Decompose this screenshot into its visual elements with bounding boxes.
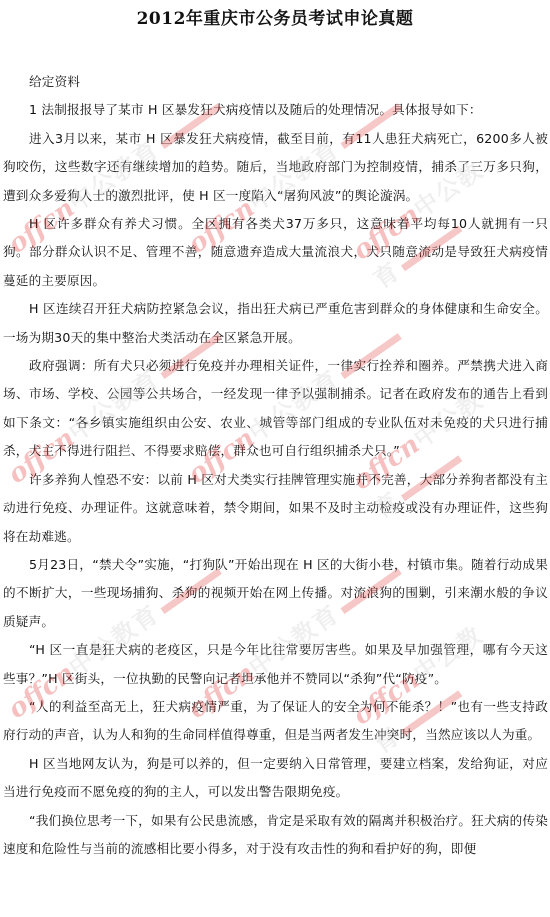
paragraph: H 区许多群众有养犬习惯。全区拥有各类犬37万多只，这意味着平均每10人就拥有一… bbox=[3, 210, 548, 295]
material-item-intro: 1 法制报报导了某市 H 区暴发狂犬病疫情以及随后的处理情况。具体报导如下： bbox=[3, 96, 548, 124]
paragraph: “H 区一直是狂犬病的老疫区，只是今年比往常要厉害些。如果及早加强管理，哪有今天… bbox=[3, 636, 548, 693]
paragraph: 进入3月以来，某市 H 区暴发狂犬病疫情，截至目前，有11人患狂犬病死亡，620… bbox=[3, 125, 548, 210]
paragraph: 5月23日，“禁犬令”实施，“打狗队”开始出现在 H 区的大街小巷，村镇市集。随… bbox=[3, 551, 548, 636]
paragraph: 政府强调：所有犬只必须进行免疫并办理相关证件，一律实行拴养和圈养。严禁携犬进入商… bbox=[3, 352, 548, 466]
paragraph: 许多养狗人惶恐不安：以前 H 区对犬类实行挂牌管理实施并不完善，大部分养狗者都没… bbox=[3, 466, 548, 551]
paragraph: H 区连续召开狂犬病防控紧急会议，指出狂犬病已严重危害到群众的身体健康和生命安全… bbox=[3, 295, 548, 352]
document-page: 2012年重庆市公务员考试申论真题 给定资料 1 法制报报导了某市 H 区暴发狂… bbox=[0, 0, 550, 917]
paragraph: “我们换位思考一下，如果有公民患流感，肯定是采取有效的隔离并积极治疗。狂犬病的传… bbox=[3, 807, 548, 864]
section-heading: 给定资料 bbox=[3, 68, 548, 96]
document-body: 给定资料 1 法制报报导了某市 H 区暴发狂犬病疫情以及随后的处理情况。具体报导… bbox=[3, 68, 548, 863]
paragraph: “人的利益至高无上，狂犬病疫情严重，为了保证人的安全为何不能杀？！”也有一些支持… bbox=[3, 693, 548, 750]
document-title: 2012年重庆市公务员考试申论真题 bbox=[0, 4, 550, 29]
paragraph: H 区当地网友认为，狗是可以养的，但一定要纳入日常管理，要建立档案，发给狗证，对… bbox=[3, 750, 548, 807]
